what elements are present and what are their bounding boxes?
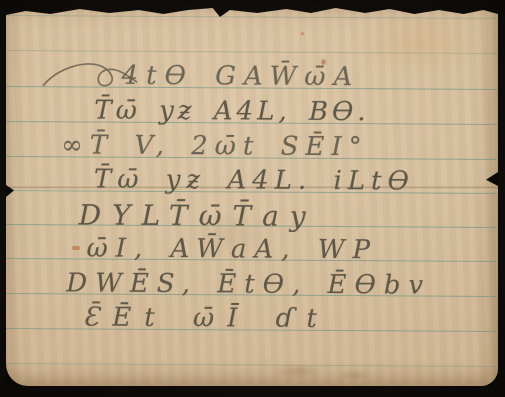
handwriting-line-8: Ɛ̄Ēt ω̄Ī ɗt: [83, 304, 330, 332]
handwriting-line-3: ∞T̄ V, 2ω̄t SĒI°: [61, 132, 369, 160]
handwriting-layer: 4tƟ GAW̄ω̄A T̄ω̄ yƶ A4L, BƟ. ∞T̄ V, 2ω̄t…: [4, 5, 498, 389]
handwriting-line-7: DWĒS, ĒtƟ, ĒƟbv: [66, 270, 431, 298]
handwriting-line-1: 4tƟ GAW̄ω̄A: [121, 63, 360, 90]
handwriting-line-6: ω̄I, AW̄aA, WP: [86, 235, 378, 263]
photo-background: 4tƟ GAW̄ω̄A T̄ω̄ yƶ A4L, BƟ. ∞T̄ V, 2ω̄t…: [0, 0, 505, 397]
handwriting-line-4: T̄ω̄ yƶ A4L. iLtƟ: [94, 167, 415, 195]
handwriting-line-5: DYLT̄ω̄T̄ay: [79, 201, 317, 230]
note-paper: 4tƟ GAW̄ω̄A T̄ω̄ yƶ A4L, BƟ. ∞T̄ V, 2ω̄t…: [6, 5, 498, 386]
handwriting-line-2: T̄ω̄ yƶ A4L, BƟ.: [94, 98, 369, 126]
